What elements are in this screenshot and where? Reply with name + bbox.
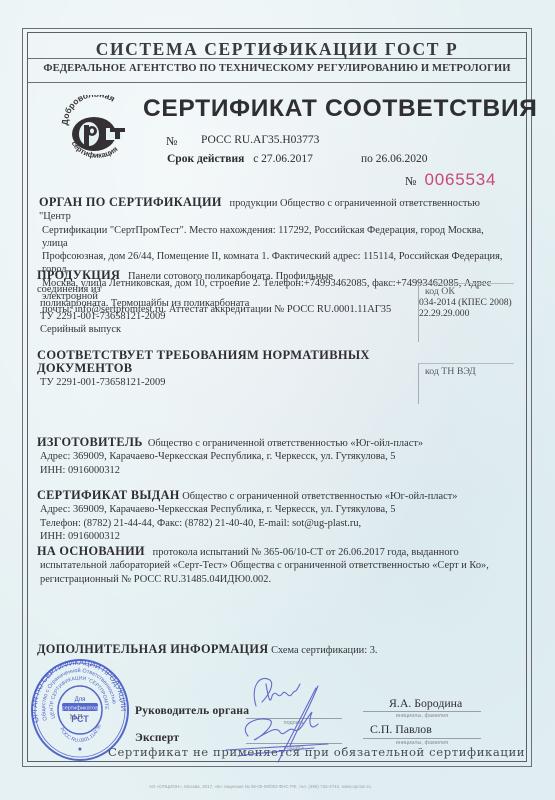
issued-to-contacts: Телефон: (8782) 21-44-44, Факс: (8782) 2… — [37, 517, 507, 530]
manufacturer-section: ИЗГОТОВИТЕЛЬ Общество с ограниченной отв… — [37, 436, 507, 477]
manufacturer-address: Адрес: 369009, Карачаево-Черкесская Респ… — [37, 450, 507, 463]
validity-end: по 26.06.2020 — [361, 153, 428, 165]
conformity-heading: СООТВЕТСТВУЕТ ТРЕБОВАНИЯМ НОРМАТИВНЫХ ДО… — [37, 349, 417, 376]
ok-code-box: код ОК 034-2014 (КПЕС 2008) 22.29.29.000 — [418, 283, 514, 342]
certification-body-line: Сертификации "СертПромТест". Место нахож… — [39, 224, 509, 251]
certificate-number-label: № — [166, 134, 177, 149]
product-spec: ТУ 2291-001-73658121-2009 — [37, 310, 377, 323]
head-name-caption: инициалы, фамилия — [363, 713, 481, 719]
expert-name: С.П. Павлов — [370, 722, 432, 737]
svg-text:М.П.: М.П. — [70, 713, 85, 721]
basis-line: регистрационный № РОСС RU.31485.04ИДЮ0.0… — [37, 573, 507, 586]
svg-text:Для: Для — [75, 697, 86, 703]
manufacturer-heading: ИЗГОТОВИТЕЛЬ — [37, 435, 143, 449]
serial-number-block: № 0065534 — [405, 170, 496, 190]
agency-name: ФЕДЕРАЛЬНОЕ АГЕНТСТВО ПО ТЕХНИЧЕСКОМУ РЕ… — [28, 63, 526, 74]
product-section: ПРОДУКЦИЯ Панели сотового поликарбоната.… — [37, 269, 377, 336]
tn-ved-code-box: код ТН ВЭД — [418, 363, 514, 404]
certificate-number: РОСС RU.АГ35.Н03773 — [201, 134, 319, 146]
tn-ved-code-label: код ТН ВЭД — [419, 366, 514, 377]
ok-code-value: 22.29.29.000 — [419, 308, 514, 319]
issued-to-inn: ИНН: 0916000312 — [37, 530, 507, 543]
basis-heading: НА ОСНОВАНИИ — [37, 544, 145, 558]
ok-code-label: код ОК — [419, 286, 514, 297]
valid-from-label: с — [253, 153, 258, 165]
rst-logo-icon: Добровольная сертификация — [58, 95, 134, 163]
handwritten-signatures — [218, 666, 368, 766]
certification-body-heading: ОРГАН ПО СЕРТИФИКАЦИИ — [39, 195, 222, 209]
product-release-type: Серийный выпуск — [37, 323, 377, 336]
validity-period: Срок действия с 27.06.2017 — [167, 153, 313, 165]
system-title: СИСТЕМА СЕРТИФИКАЦИИ ГОСТ Р — [28, 39, 526, 60]
validity-label: Срок действия — [167, 153, 244, 165]
ok-code-value: 034-2014 (КПЕС 2008) — [419, 297, 514, 308]
printer-footer: АО «ОПЦИОН», Москва, 2017, «Б» лицензия … — [120, 784, 400, 789]
valid-to-label: по — [361, 153, 373, 165]
issued-to-section: СЕРТИФИКАТ ВЫДАН Общество с ограниченной… — [37, 489, 507, 543]
issued-to-heading: СЕРТИФИКАТ ВЫДАН — [37, 488, 180, 502]
manufacturer-inn: ИНН: 0916000312 — [37, 464, 507, 477]
valid-from-date: 27.06.2017 — [261, 153, 313, 165]
issued-to-name: Общество с ограниченной ответственностью… — [182, 491, 457, 502]
conformity-section: СООТВЕТСТВУЕТ ТРЕБОВАНИЯМ НОРМАТИВНЫХ ДО… — [37, 349, 417, 389]
svg-text:сертификатов: сертификатов — [62, 706, 98, 712]
product-heading: ПРОДУКЦИЯ — [37, 268, 120, 282]
issued-to-address: Адрес: 369009, Карачаево-Черкесская Респ… — [37, 503, 507, 516]
head-name-line — [363, 711, 481, 712]
manufacturer-name: Общество с ограниченной ответственностью… — [148, 438, 423, 449]
additional-info-text: Схема сертификации: 3. — [271, 645, 377, 656]
certification-seal-icon: ОРГАН ПО СЕРТИФИКАЦИИ ПРОДУКЦИИ Общество… — [25, 652, 133, 770]
conformity-document: ТУ 2291-001-73658121-2009 — [37, 376, 417, 389]
serial-number-label: № — [405, 174, 416, 188]
valid-to-date: 26.06.2020 — [376, 153, 428, 165]
svg-text:★: ★ — [77, 746, 82, 753]
basis-lead: протокола испытаний № 365-06/10-СТ от 26… — [153, 547, 459, 558]
basis-line: испытательной лабораторией «Серт-Тест» О… — [37, 559, 507, 572]
expert-role-label: Эксперт — [135, 732, 179, 744]
header-divider — [28, 82, 526, 83]
serial-number: 0065534 — [424, 170, 496, 189]
expert-name-line — [363, 738, 481, 739]
certificate-title: СЕРТИФИКАТ СООТВЕТСТВИЯ — [143, 95, 538, 123]
head-name: Я.А. Бородина — [389, 696, 462, 711]
product-line: поликарбоната. Термошайбы из поликарбона… — [37, 297, 377, 310]
basis-section: НА ОСНОВАНИИ протокола испытаний № 365-0… — [37, 545, 507, 586]
